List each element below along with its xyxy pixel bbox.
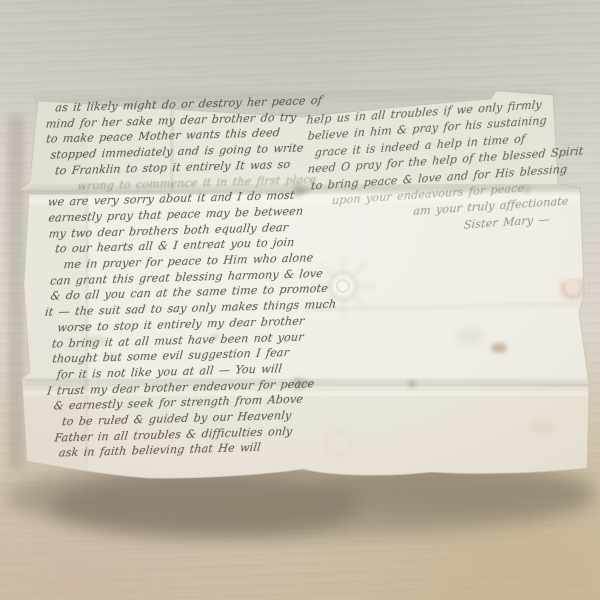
photo-scene: as it likely might do or destroy her pea…: [0, 0, 600, 600]
letter-left-page: as it likely might do or destroy her pea…: [39, 93, 317, 462]
letter-right-page: help us in all troubles if we only firml…: [304, 95, 576, 243]
